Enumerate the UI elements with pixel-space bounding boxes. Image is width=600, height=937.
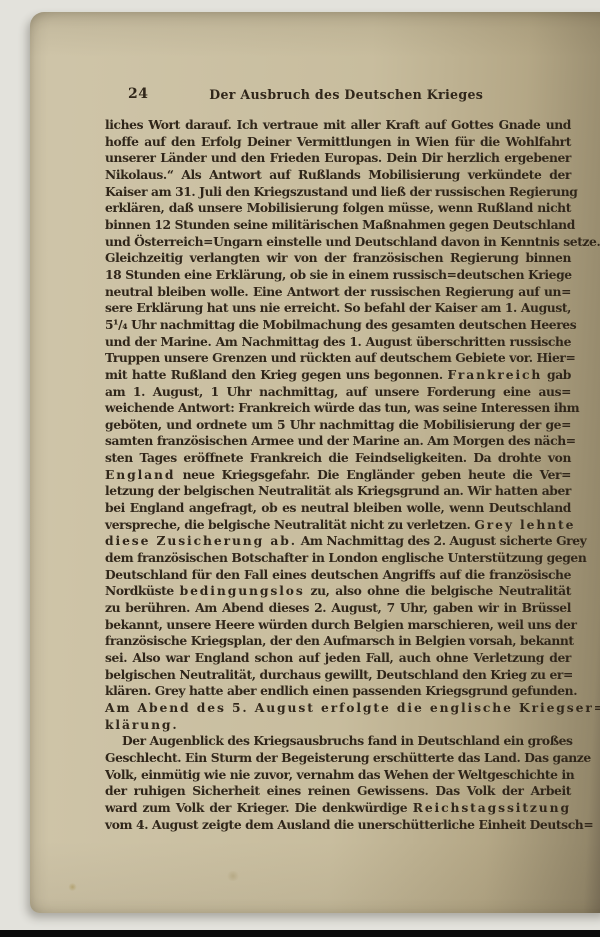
text-segment: der ruhigen Sicherheit eines reinen Gewi… <box>105 783 571 798</box>
text-segment: geböten, und ordnete um 5 Uhr nachmittag… <box>105 417 571 432</box>
text-segment: liches Wort darauf. Ich vertraue mit all… <box>105 117 571 132</box>
text-segment: Nordküste <box>105 583 180 598</box>
text-segment: Nikolaus.“ Als Antwort auf Rußlands Mobi… <box>105 167 571 182</box>
text-line: sei. Also war England schon auf jeden Fa… <box>105 650 571 667</box>
text-line: hoffe auf den Erfolg Deiner Vermittlunge… <box>105 134 571 151</box>
text-line: binnen 12 Stunden seine militärischen Ma… <box>105 217 571 234</box>
text-segment: bekannt, unsere Heere würden durch Belgi… <box>105 617 577 632</box>
text-line: Gleichzeitig verlangten wir von der fran… <box>105 250 571 267</box>
text-segment: hoffe auf den Erfolg Deiner Vermittlunge… <box>105 134 571 149</box>
text-line: bei England angefragt, ob es neutral ble… <box>105 500 571 517</box>
text-segment: klärung. <box>105 717 179 732</box>
text-line: Deutschland für den Fall eines deutschen… <box>105 567 571 584</box>
text-line: erklären, daß unsere Mobilisierung folge… <box>105 200 571 217</box>
text-line: der ruhigen Sicherheit eines reinen Gewi… <box>105 783 571 800</box>
text-line: liches Wort darauf. Ich vertraue mit all… <box>105 117 571 134</box>
text-segment: weichende Antwort: Frankreich würde das … <box>105 400 579 415</box>
text-line: 18 Stunden eine Erklärung, ob sie in ein… <box>105 267 571 284</box>
bottom-black-strip <box>0 930 600 937</box>
text-segment: zu berühren. Am Abend dieses 2. August, … <box>105 600 571 615</box>
text-line: dem französischen Botschafter in London … <box>105 550 571 567</box>
text-segment: Am Abend des 5. August erfolgte die engl… <box>105 700 600 715</box>
text-line: und Österreich=Ungarn einstelle und Deut… <box>105 234 571 251</box>
text-line: sere Erklärung hat uns nie erreicht. So … <box>105 300 571 317</box>
text-line: Der Augenblick des Kriegsausbruchs fand … <box>105 733 571 750</box>
text-line: klären. Grey hatte aber endlich einen pa… <box>105 683 571 700</box>
text-segment: zu, also ohne die belgische Neutralität <box>305 583 571 598</box>
text-line: unserer Länder und den Frieden Europas. … <box>105 150 571 167</box>
text-line: und der Marine. Am Nachmittag des 1. Aug… <box>105 334 571 351</box>
text-line: Nordküste bedingungslos zu, also ohne di… <box>105 583 571 600</box>
text-line: samten französischen Armee und der Marin… <box>105 433 571 450</box>
text-segment: samten französischen Armee und der Marin… <box>105 433 576 448</box>
text-segment: Reichstagssitzung <box>413 800 571 815</box>
text-segment: bei England angefragt, ob es neutral ble… <box>105 500 571 515</box>
text-line: zu berühren. Am Abend dieses 2. August, … <box>105 600 571 617</box>
text-segment: französische Kriegsplan, der den Aufmars… <box>105 633 574 648</box>
text-segment: belgischen Neutralität, durchaus gewillt… <box>105 667 573 682</box>
text-line: Kaiser am 31. Juli den Kriegszustand und… <box>105 184 571 201</box>
text-line: England neue Kriegsgefahr. Die Engländer… <box>105 467 571 484</box>
running-title: Der Ausbruch des Deutschen Krieges <box>209 87 483 102</box>
book-page: 24 Der Ausbruch des Deutschen Krieges li… <box>30 12 600 913</box>
page-stain <box>68 883 77 891</box>
text-line: geböten, und ordnete um 5 Uhr nachmittag… <box>105 417 571 434</box>
text-segment: Deutschland für den Fall eines deutschen… <box>105 567 571 582</box>
text-segment: Volk, einmütig wie nie zuvor, vernahm da… <box>105 767 574 782</box>
page-header: 24 Der Ausbruch des Deutschen Krieges <box>105 86 571 104</box>
text-segment: neue Kriegsgefahr. Die Engländer geben h… <box>175 467 571 482</box>
text-segment: bedingungslos <box>180 583 305 598</box>
scan-background: { "colors": { "background": "#e3e2dc", "… <box>0 0 600 937</box>
text-segment: 18 Stunden eine Erklärung, ob sie in ein… <box>105 267 572 282</box>
text-segment: letzung der belgischen Neutralität als K… <box>105 483 571 498</box>
text-segment: sten Tages eröffnete Frankreich die Fein… <box>105 450 571 465</box>
text-line: Nikolaus.“ Als Antwort auf Rußlands Mobi… <box>105 167 571 184</box>
text-line: ward zum Volk der Krieger. Die denkwürdi… <box>105 800 571 817</box>
page-number: 24 <box>128 86 148 102</box>
text-segment: binnen 12 Stunden seine militärischen Ma… <box>105 217 575 232</box>
text-segment: gab <box>542 367 571 382</box>
text-segment: Der Augenblick des Kriegsausbruchs fand … <box>122 733 573 748</box>
text-segment: 5¹/₄ Uhr nachmittag die Mobilmachung des… <box>105 317 576 332</box>
text-line: belgischen Neutralität, durchaus gewillt… <box>105 667 571 684</box>
text-line: diese Zusicherung ab. Am Nachmittag des … <box>105 533 571 550</box>
text-segment: Truppen unsere Grenzen und rückten auf d… <box>105 350 575 365</box>
text-line: weichende Antwort: Frankreich würde das … <box>105 400 571 417</box>
text-segment: und der Marine. Am Nachmittag des 1. Aug… <box>105 334 571 349</box>
page-stain <box>226 871 240 881</box>
text-segment: neutral bleiben wolle. Eine Antwort der … <box>105 284 571 299</box>
text-line: Volk, einmütig wie nie zuvor, vernahm da… <box>105 767 571 784</box>
text-segment: Geschlecht. Ein Sturm der Begeisterung e… <box>105 750 591 765</box>
text-line: am 1. August, 1 Uhr nachmittag, auf unse… <box>105 384 571 401</box>
text-segment: mit hatte Rußland den Krieg gegen uns be… <box>105 367 447 382</box>
text-line: bekannt, unsere Heere würden durch Belgi… <box>105 617 571 634</box>
text-line: 5¹/₄ Uhr nachmittag die Mobilmachung des… <box>105 317 571 334</box>
text-segment: erklären, daß unsere Mobilisierung folge… <box>105 200 571 215</box>
text-line: Geschlecht. Ein Sturm der Begeisterung e… <box>105 750 571 767</box>
text-line: verspreche, die belgische Neutralität ni… <box>105 517 571 534</box>
body-text: liches Wort darauf. Ich vertraue mit all… <box>105 117 571 833</box>
text-line: letzung der belgischen Neutralität als K… <box>105 483 571 500</box>
text-segment: Frankreich <box>447 367 542 382</box>
text-segment: unserer Länder und den Frieden Europas. … <box>105 150 571 165</box>
text-segment: sere Erklärung hat uns nie erreicht. So … <box>105 300 571 315</box>
text-segment: verspreche, die belgische Neutralität ni… <box>105 517 474 532</box>
text-segment: ward zum Volk der Krieger. Die denkwürdi… <box>105 800 413 815</box>
text-segment: England <box>105 467 175 482</box>
text-segment: vom 4. August zeigte dem Ausland die une… <box>105 817 593 832</box>
text-line: Truppen unsere Grenzen und rückten auf d… <box>105 350 571 367</box>
text-line: sten Tages eröffnete Frankreich die Fein… <box>105 450 571 467</box>
text-line: vom 4. August zeigte dem Ausland die une… <box>105 817 571 834</box>
text-line: neutral bleiben wolle. Eine Antwort der … <box>105 284 571 301</box>
text-segment: Grey lehnte <box>474 517 575 532</box>
text-segment: am 1. August, 1 Uhr nachmittag, auf unse… <box>105 384 571 399</box>
text-segment: klären. Grey hatte aber endlich einen pa… <box>105 683 577 698</box>
text-segment: Kaiser am 31. Juli den Kriegszustand und… <box>105 184 577 199</box>
text-line: mit hatte Rußland den Krieg gegen uns be… <box>105 367 571 384</box>
text-line: klärung. <box>105 717 571 734</box>
text-segment: Am Nachmittag des 2. August sicherte Gre… <box>297 533 587 548</box>
text-line: französische Kriegsplan, der den Aufmars… <box>105 633 571 650</box>
text-segment: Gleichzeitig verlangten wir von der fran… <box>105 250 571 265</box>
text-segment: dem französischen Botschafter in London … <box>105 550 586 565</box>
text-line: Am Abend des 5. August erfolgte die engl… <box>105 700 571 717</box>
text-segment: sei. Also war England schon auf jeden Fa… <box>105 650 571 665</box>
text-segment: und Österreich=Ungarn einstelle und Deut… <box>105 234 600 249</box>
text-segment: diese Zusicherung ab. <box>105 533 297 548</box>
